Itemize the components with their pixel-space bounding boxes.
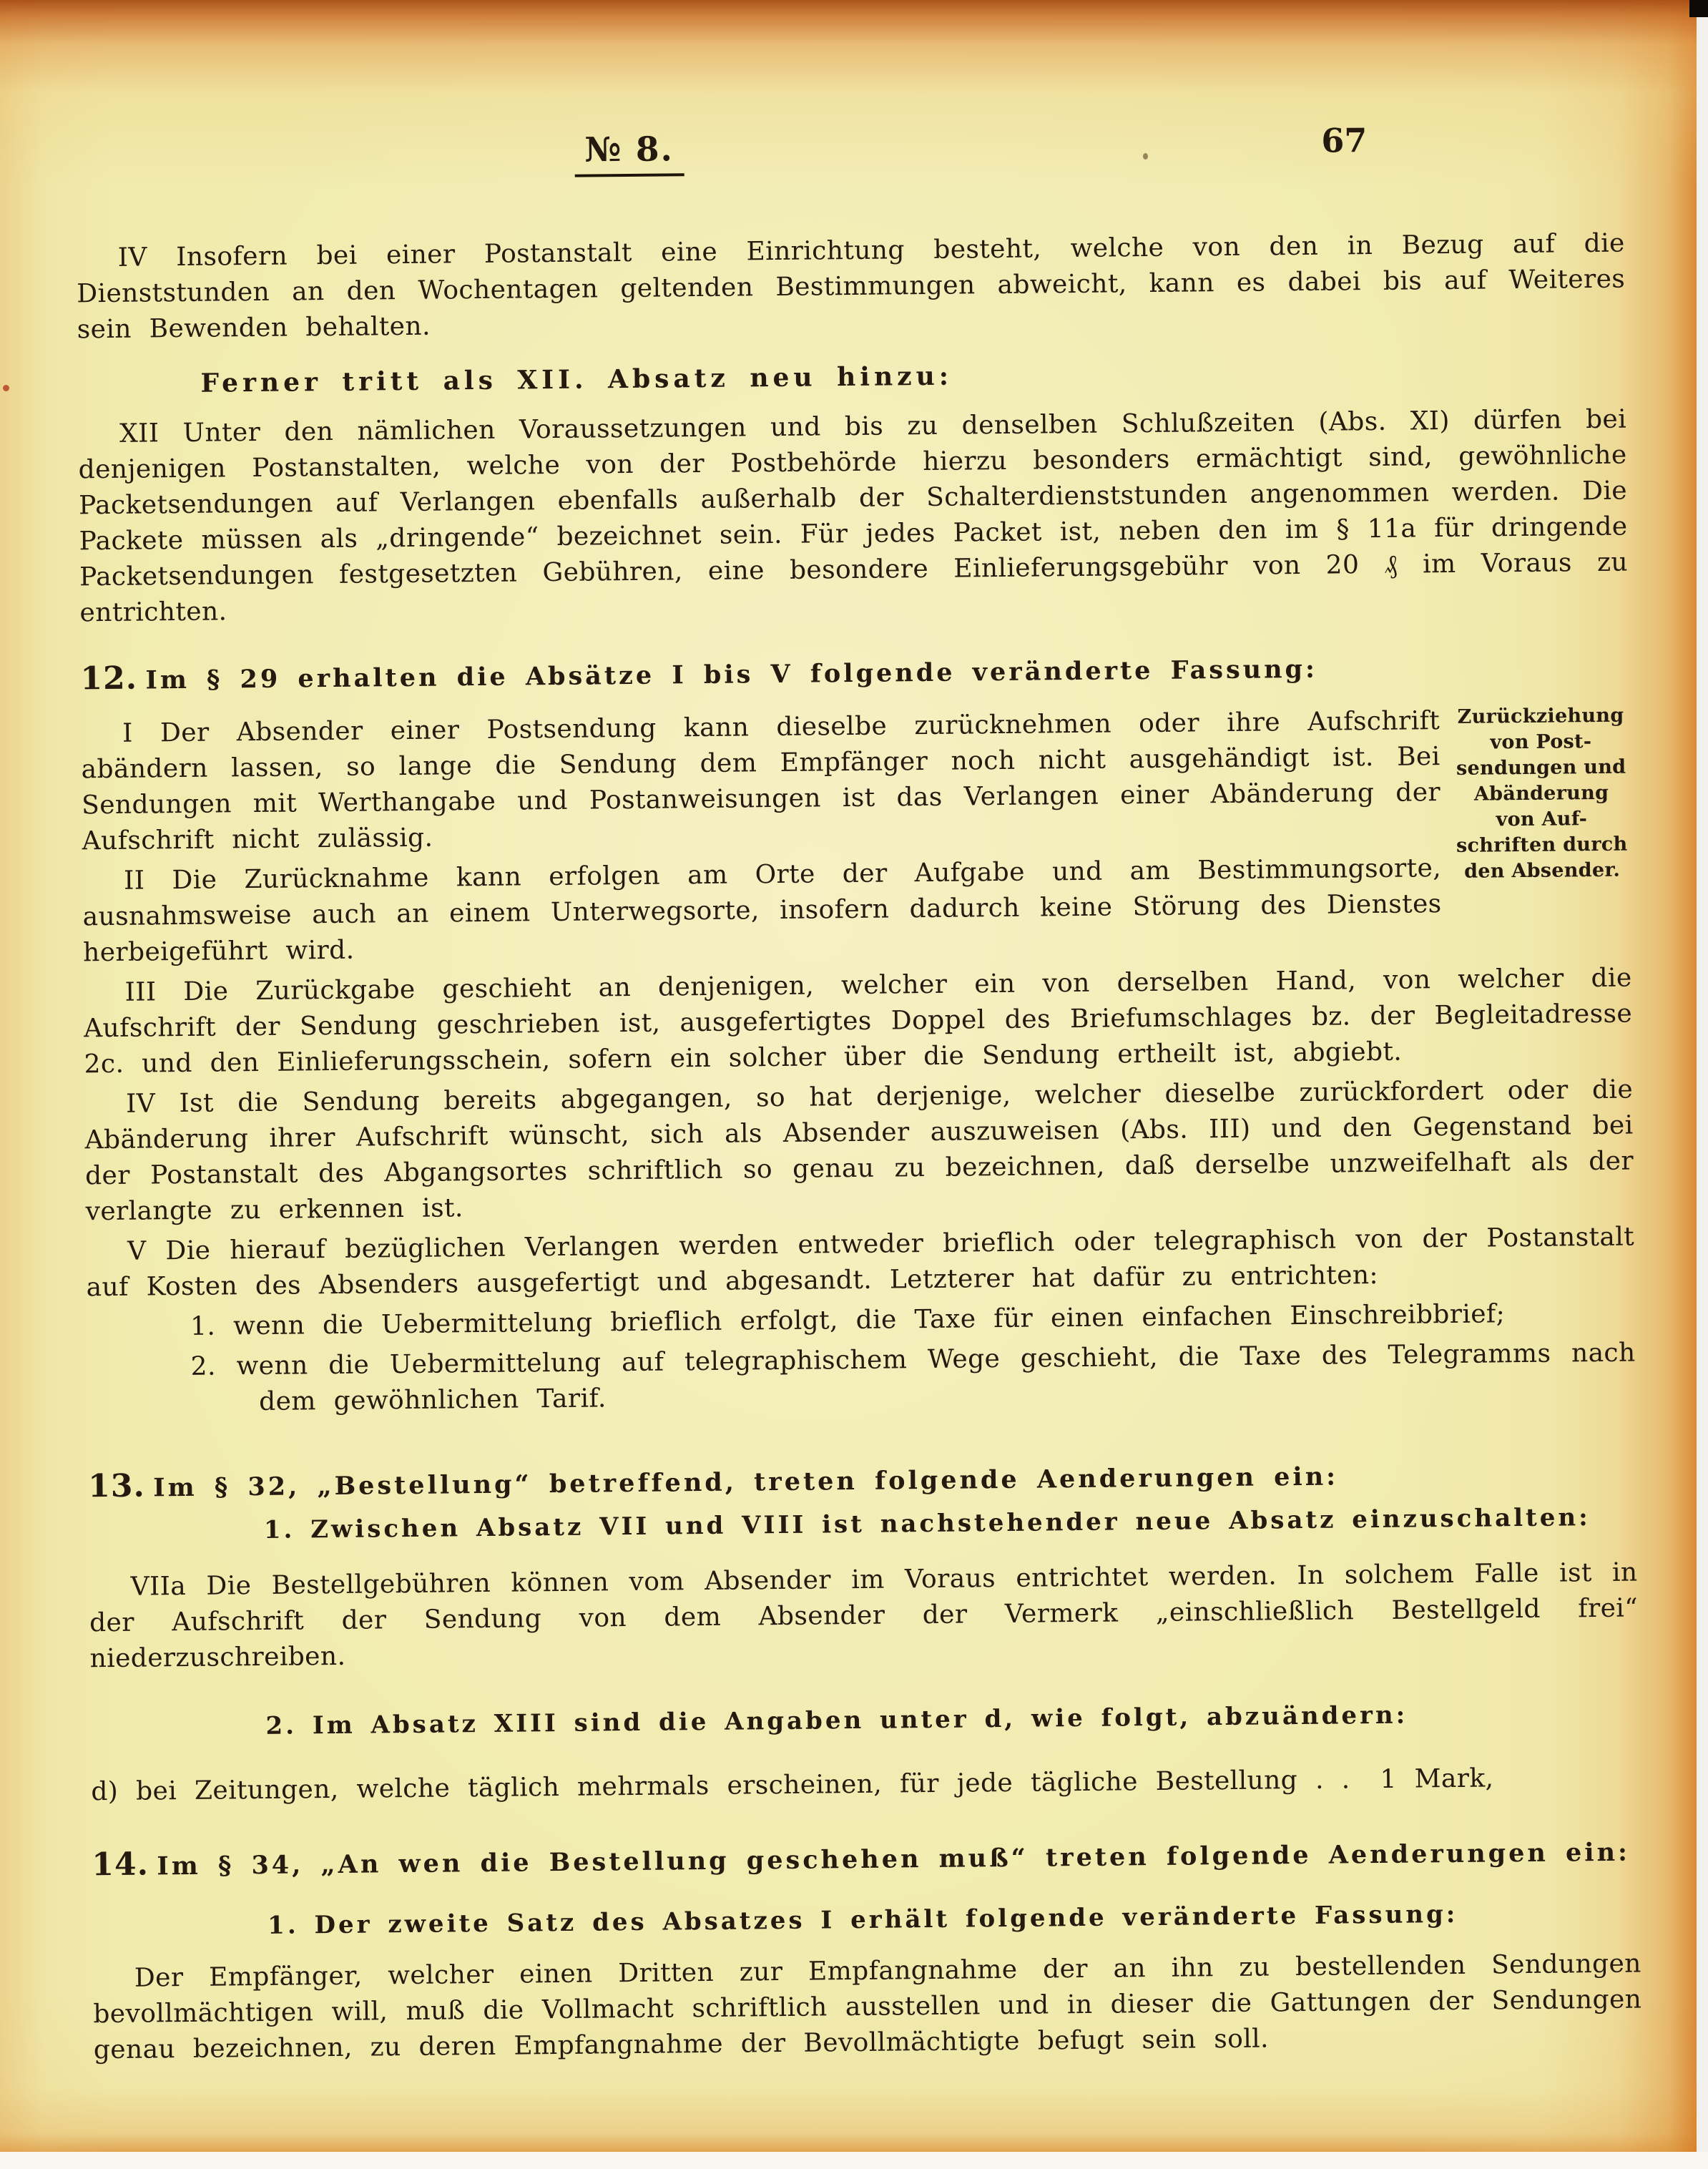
scanner-bed-edge-right bbox=[1697, 0, 1708, 2169]
scan-corner-artifact bbox=[1689, 0, 1708, 17]
issue-number-underlined: № 8. bbox=[574, 132, 684, 177]
section-13-number: 13. bbox=[88, 1468, 145, 1505]
paragraph-xii-packetsendungen: XII Unter den nämlichen Voraussetzungen … bbox=[78, 402, 1629, 632]
section-12-heading: 12. Im § 29 erhalten die Absätze I bis V… bbox=[80, 647, 1629, 700]
tariff-line-d-text: d) bei Zeitungen, welche täglich mehrmal… bbox=[91, 1765, 1350, 1806]
paragraph-absatz-iii: III Die Zurückgabe geschieht an denjenig… bbox=[83, 961, 1632, 1083]
section-14-heading-text: Im § 34, „An wen die Bestellung geschehe… bbox=[157, 1838, 1630, 1881]
page-content: № 8. 67 IV Insofern bei einer Postanstal… bbox=[75, 113, 1642, 2069]
section-13-subheading-1: 1. Zwischen Absatz VII und VIII ist nach… bbox=[264, 1499, 1637, 1548]
section-13-heading: 13. Im § 32, „Bestellung“ betreffend, tr… bbox=[88, 1454, 1636, 1507]
page-header: № 8. 67 bbox=[75, 113, 1624, 202]
scanner-bed-edge-bottom bbox=[0, 2152, 1708, 2169]
paragraph-absatz-ii: II Die Zurücknahme kann erfolgen am Orte… bbox=[82, 851, 1442, 971]
list-item-2-telegraphisch: 2. wenn die Uebermittelung auf telegraph… bbox=[87, 1336, 1636, 1422]
section-13-subheading-2: 2. Im Absatz XIII sind die Angaben unter… bbox=[265, 1695, 1639, 1744]
transition-heading: Ferner tritt als XII. Absatz neu hinzu: bbox=[200, 352, 1626, 401]
scanned-document: { "colors": { "paper_light": "#f1ebae", … bbox=[0, 0, 1708, 2169]
section-13-heading-text: Im § 32, „Bestellung“ betreffend, treten… bbox=[153, 1462, 1338, 1503]
paragraph-iv-dienststunden: IV Insofern bei einer Postanstalt eine E… bbox=[77, 226, 1626, 348]
tariff-line-d-value: 1 Mark, bbox=[1380, 1763, 1493, 1794]
paragraph-absatz-iv: IV Ist die Sendung bereits abgegangen, s… bbox=[84, 1072, 1634, 1230]
paragraph-viia-bestellgebuehren: VIIa Die Bestellgebühren können vom Abse… bbox=[89, 1555, 1638, 1678]
issue-number: № 8. bbox=[584, 129, 674, 170]
paragraph-empfaenger-vollmacht: Der Empfänger, welcher einen Dritten zur… bbox=[93, 1946, 1642, 2068]
section-14-subheading-1: 1. Der zweite Satz des Absatzes I erhält… bbox=[268, 1894, 1641, 1943]
margin-note-zurueckziehung: Zurückziehung von Post- sendungen und Ab… bbox=[1448, 703, 1634, 885]
page-number: 67 bbox=[1321, 122, 1367, 159]
section-12-number: 12. bbox=[80, 660, 137, 697]
paragraph-absatz-v: V Die hierauf bezüglichen Verlangen werd… bbox=[86, 1220, 1635, 1306]
section-14-heading: 14. Im § 34, „An wen die Bestellung gesc… bbox=[92, 1832, 1640, 1885]
section-12-body-with-margin-note: I Der Absender einer Postsendung kann di… bbox=[81, 702, 1631, 971]
ink-speck bbox=[3, 385, 9, 391]
section-14-number: 14. bbox=[92, 1846, 149, 1884]
tariff-line-d-zeitungen: d) bei Zeitungen, welche täglich mehrmal… bbox=[91, 1760, 1639, 1811]
section-12-heading-text: Im § 29 erhalten die Absätze I bis V fol… bbox=[145, 655, 1317, 695]
paragraph-absatz-i: I Der Absender einer Postsendung kann di… bbox=[81, 703, 1441, 859]
